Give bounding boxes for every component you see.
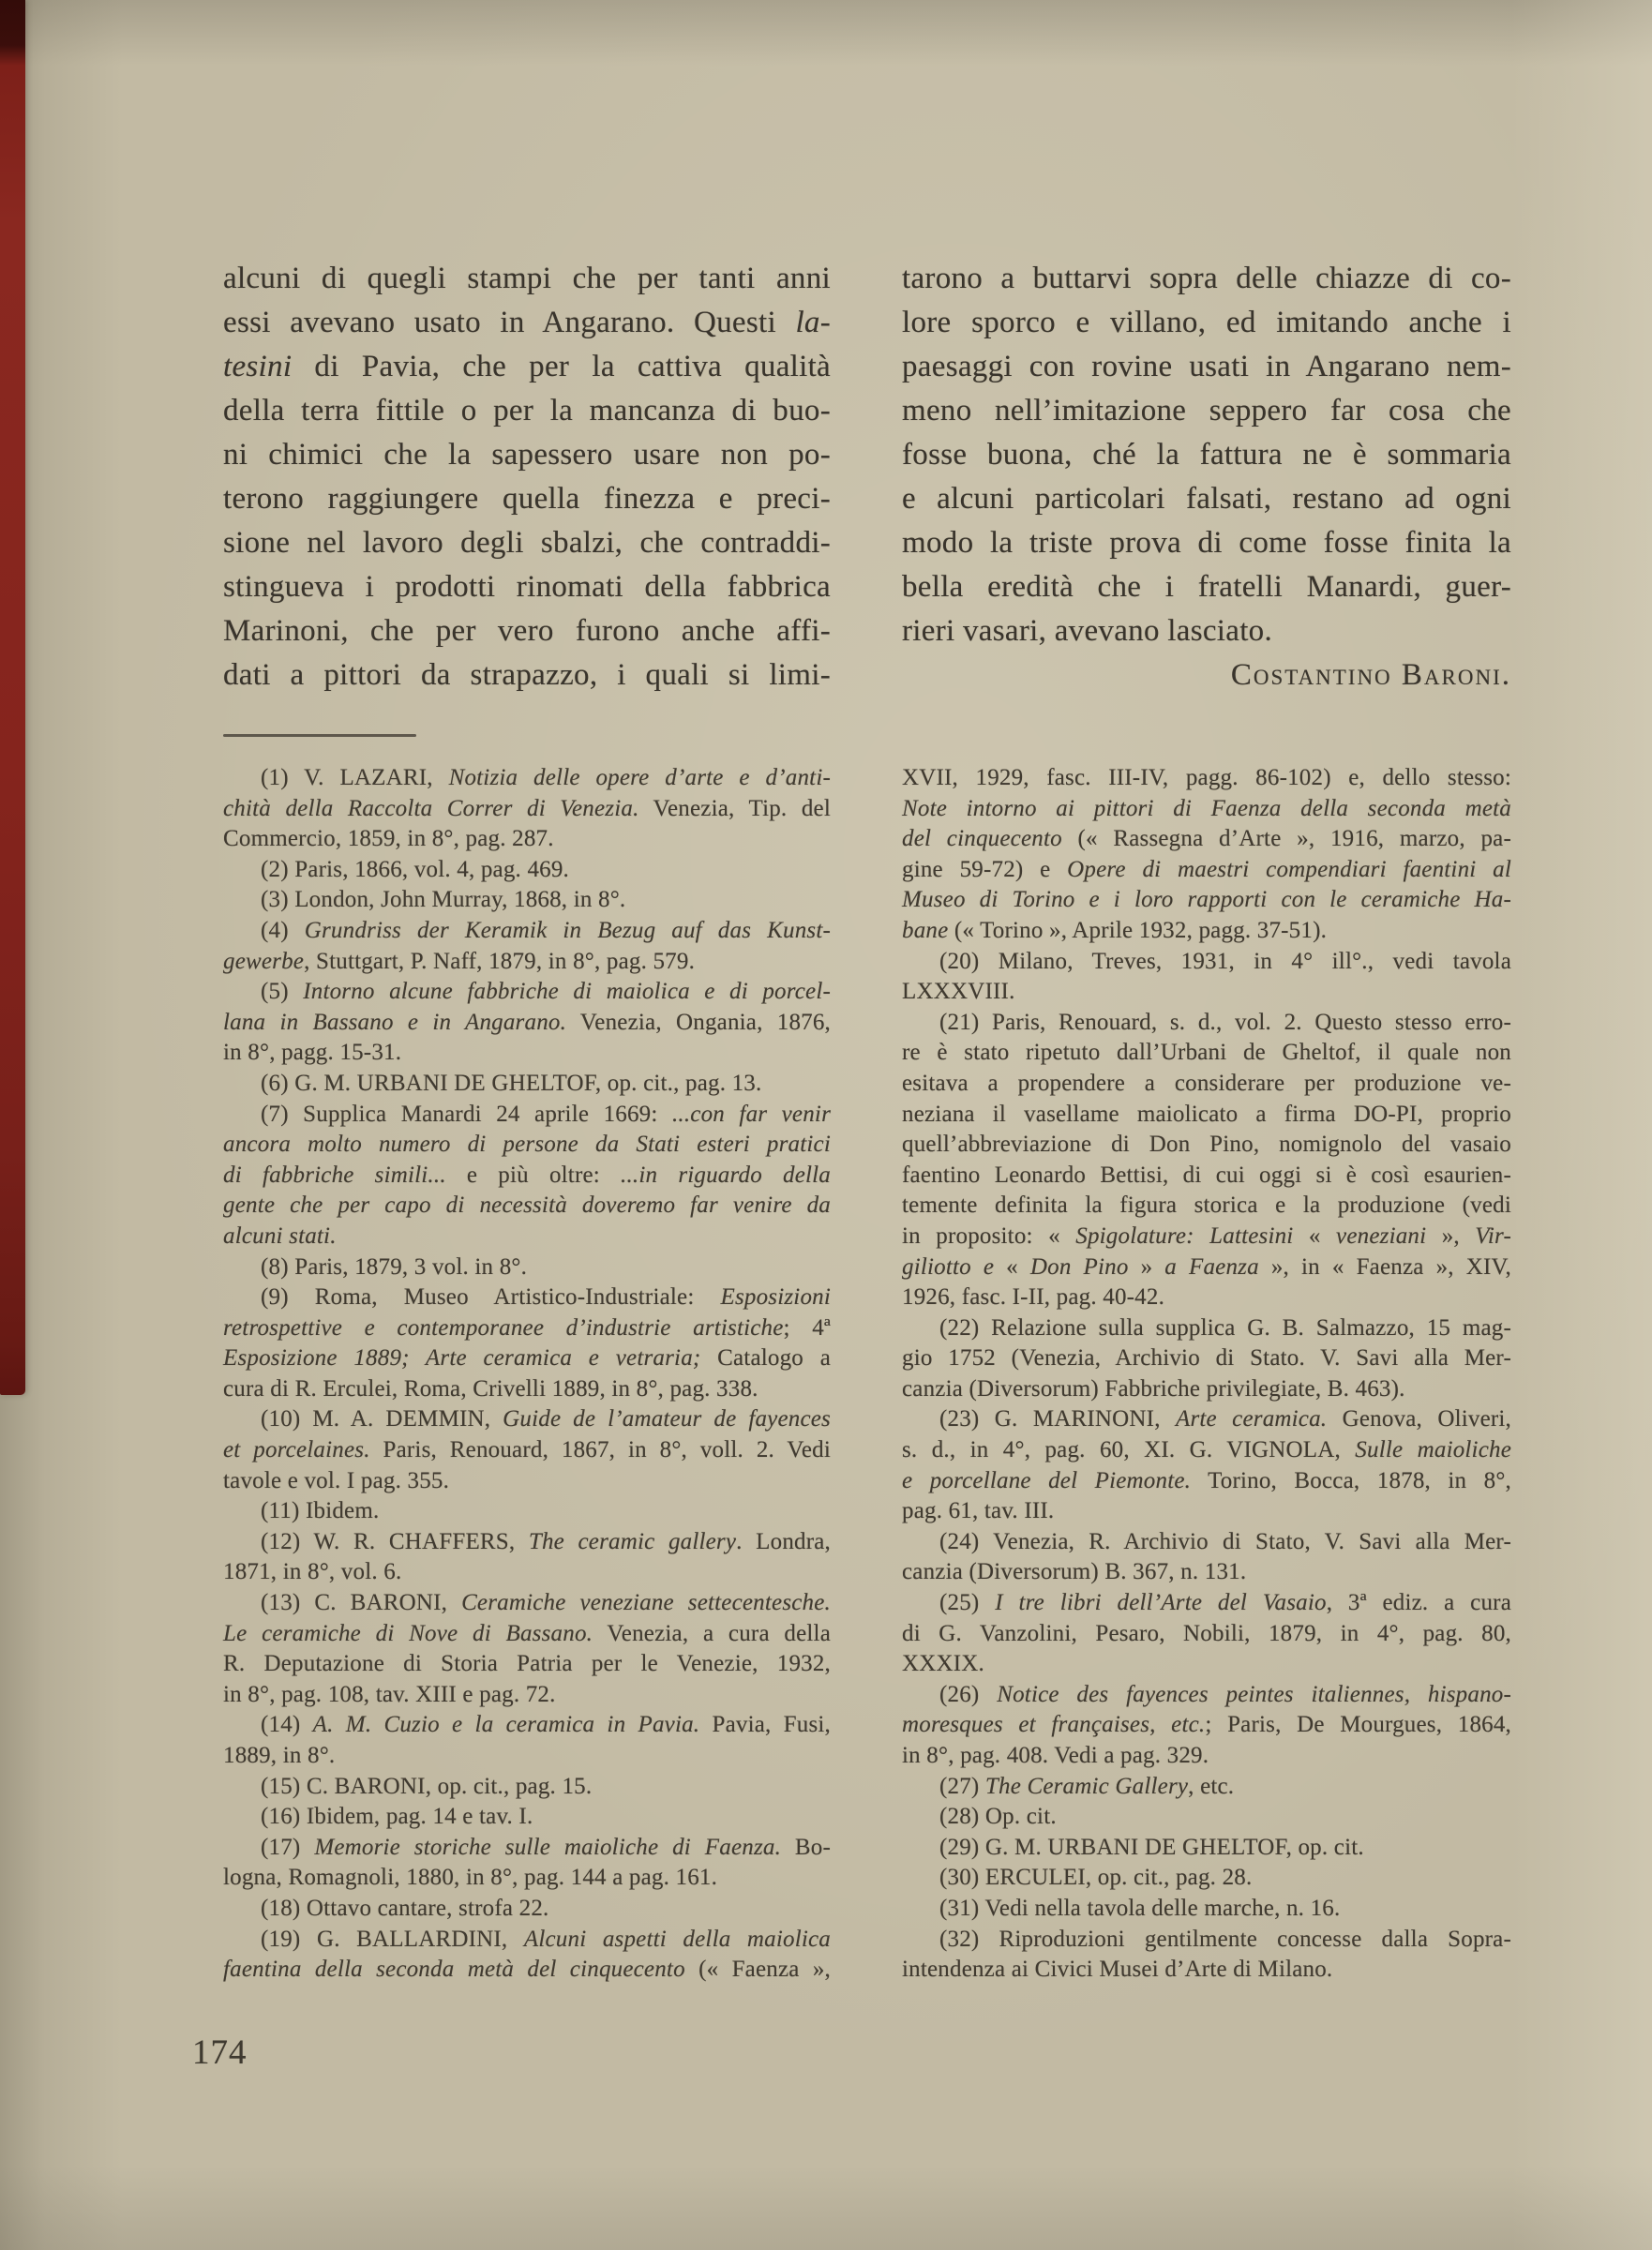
text-line: (23) G. MARINONI, Arte ceramica. Genova,… <box>902 1404 1511 1435</box>
body-text: (8) Paris, 1879, 3 vol. in 8°. <box>261 1254 527 1280</box>
text-line: intendenza ai Civici Musei d’Arte di Mil… <box>902 1955 1511 1986</box>
italic-text: Note intorno ai pittori di Faenza della … <box>902 796 1511 821</box>
text-line: modo la triste prova di come fosse finit… <box>902 521 1511 565</box>
body-text: », in « Faenza », XIV, <box>1259 1254 1511 1280</box>
body-text: (22) Relazione sulla supplica G. B. Salm… <box>939 1315 1511 1341</box>
body-text: in 8°, pagg. 15-31. <box>223 1040 401 1065</box>
italic-text: veneziani <box>1336 1223 1426 1249</box>
text-line: (28) Op. cit. <box>902 1802 1511 1833</box>
italic-text: lana in Bassano e in Angarano. <box>223 1010 566 1035</box>
body-text: (13) C. BARONI, <box>261 1590 461 1615</box>
body-text: meno nell’imitazione seppero far cosa ch… <box>902 394 1511 427</box>
text-line: (6) G. M. URBANI DE GHELTOF, op. cit., p… <box>223 1069 831 1100</box>
text-line: (10) M. A. DEMMIN, Guide de l’amateur de… <box>223 1404 831 1435</box>
text-line: (15) C. BARONI, op. cit., pag. 15. <box>223 1772 831 1803</box>
body-text: (24) Venezia, R. Archivio di Stato, V. S… <box>939 1529 1511 1554</box>
text-line: sione nel lavoro degli sbalzi, che contr… <box>223 521 831 565</box>
text-line: (19) G. BALLARDINI, Alcuni aspetti della… <box>223 1925 831 1956</box>
italic-text: retrospettive e contemporanee d’industri… <box>223 1315 784 1341</box>
italic-text: alcuni stati. <box>223 1223 337 1249</box>
text-line: meno nell’imitazione seppero far cosa ch… <box>902 389 1511 433</box>
body-text: alcuni di quegli stampi che per tanti an… <box>223 262 831 295</box>
body-text: neziana il vasellame maiolicato a firma … <box>902 1102 1511 1127</box>
text-line: del cinquecento (« Rassegna d’Arte », 19… <box>902 824 1511 855</box>
text-line: re è stato ripetuto dall’Urbani de Ghelt… <box>902 1038 1511 1069</box>
text-line: (26) Notice des fayences peintes italien… <box>902 1680 1511 1711</box>
body-text: rieri vasari, avevano lasciato. <box>902 614 1272 648</box>
body-text: di G. Vanzolini, Pesaro, Nobili, 1879, i… <box>902 1621 1511 1646</box>
text-line: della terra fittile o per la mancanza di… <box>223 389 831 433</box>
italic-text: Notice des fayences peintes italiennes, … <box>997 1682 1511 1707</box>
body-text: (14) <box>261 1712 313 1737</box>
body-text: re è stato ripetuto dall’Urbani de Ghelt… <box>902 1040 1511 1065</box>
italic-text: Spigolature: Lattesini <box>1075 1223 1293 1249</box>
italic-text: Esposizione 1889; Arte ceramica e vetrar… <box>223 1345 700 1371</box>
text-line: Esposizione 1889; Arte ceramica e vetrar… <box>223 1343 831 1374</box>
article-column-left: alcuni di quegli stampi che per tanti an… <box>223 257 831 697</box>
body-text: ; Paris, De Mourgues, 1864, <box>1205 1712 1511 1737</box>
italic-text: moresques et françaises, etc. <box>902 1712 1205 1737</box>
text-line: Costantino Baroni. <box>902 653 1511 697</box>
text-line: logna, Romagnoli, 1880, in 8°, pag. 144 … <box>223 1863 831 1894</box>
text-line: (17) Memorie storiche sulle maioliche di… <box>223 1833 831 1864</box>
body-text: , etc. <box>1188 1774 1234 1799</box>
text-line: 1889, in 8°. <box>223 1741 831 1772</box>
text-line: dati a pittori da strapazzo, i quali si … <box>223 653 831 697</box>
text-line: (27) The Ceramic Gallery, etc. <box>902 1772 1511 1803</box>
text-line: ni chimici che la sapessero usare non po… <box>223 433 831 477</box>
body-text: . Londra, <box>736 1529 831 1554</box>
text-line: retrospettive e contemporanee d’industri… <box>223 1313 831 1344</box>
text-line: canzia (Diversorum) Fabbriche privilegia… <box>902 1374 1511 1405</box>
italic-text: ...in riguardo della <box>621 1162 831 1188</box>
text-line: tarono a buttarvi sopra delle chiazze di… <box>902 257 1511 301</box>
body-text: XVII, 1929, fasc. III-IV, pagg. 86-102) … <box>902 765 1511 790</box>
text-line: 1871, in 8°, vol. 6. <box>223 1557 831 1588</box>
text-line: (25) I tre libri dell’Arte del Vasaio, 3… <box>902 1588 1511 1619</box>
text-line: e porcellane del Piemonte. Torino, Bocca… <box>902 1466 1511 1497</box>
text-line: (16) Ibidem, pag. 14 e tav. I. <box>223 1802 831 1833</box>
text-line: terono raggiungere quella finezza e prec… <box>223 477 831 521</box>
body-text: (23) G. MARINONI, <box>939 1406 1176 1432</box>
text-line: tesini di Pavia, che per la cattiva qual… <box>223 345 831 389</box>
body-text: bella eredità che i fratelli Manardi, gu… <box>902 570 1511 604</box>
text-line: (2) Paris, 1866, vol. 4, pag. 469. <box>223 855 831 886</box>
book-page-scan: alcuni di quegli stampi che per tanti an… <box>0 0 1652 2250</box>
body-text: s. d., in 4°, pag. 60, XI. G. VIGNOLA, <box>902 1437 1355 1462</box>
body-text: e più oltre: <box>446 1162 621 1188</box>
body-text: », <box>1426 1223 1475 1249</box>
body-text: (« Faenza », <box>685 1957 831 1982</box>
body-text: gio 1752 (Venezia, Archivio di Stato. V.… <box>902 1345 1511 1371</box>
body-text: Genova, Oliveri, <box>1327 1406 1511 1432</box>
italic-text: ...con far venir <box>672 1102 831 1127</box>
text-line: Note intorno ai pittori di Faenza della … <box>902 794 1511 825</box>
body-text: (2) Paris, 1866, vol. 4, pag. 469. <box>261 857 569 882</box>
text-line: in 8°, pag. 108, tav. XIII e pag. 72. <box>223 1680 831 1711</box>
body-text: 1889, in 8°. <box>223 1743 335 1768</box>
body-text: (16) Ibidem, pag. 14 e tav. I. <box>261 1804 533 1829</box>
body-text: stingueva i prodotti rinomati della fabb… <box>223 570 831 604</box>
italic-text: Le ceramiche di Nove di Bassano. <box>223 1621 593 1646</box>
italic-text: Vir- <box>1475 1223 1511 1249</box>
italic-text: Esposizioni <box>721 1284 832 1310</box>
text-line: (21) Paris, Renouard, s. d., vol. 2. Que… <box>902 1008 1511 1039</box>
text-line: chità della Raccolta Correr di Venezia. … <box>223 794 831 825</box>
body-text: (6) G. M. URBANI DE GHELTOF, op. cit., p… <box>261 1071 761 1096</box>
text-line: lana in Bassano e in Angarano. Venezia, … <box>223 1008 831 1039</box>
text-line: (5) Intorno alcune fabbriche di maiolica… <box>223 977 831 1008</box>
text-line: 1926, fasc. I-II, pag. 40-42. <box>902 1282 1511 1313</box>
body-text: (15) C. BARONI, op. cit., pag. 15. <box>261 1774 592 1799</box>
text-line: (20) Milano, Treves, 1931, in 4° ill°., … <box>902 947 1511 978</box>
body-text: canzia (Diversorum) B. 367, n. 131. <box>902 1559 1246 1584</box>
body-text: Paris, Renouard, 1867, in 8°, voll. 2. V… <box>370 1437 831 1462</box>
body-text: e alcuni particolari falsati, restano ad… <box>902 482 1511 516</box>
body-text: tarono a buttarvi sopra delle chiazze di… <box>902 262 1511 295</box>
italic-text: chità della Raccolta Correr di Venezia. <box>223 796 639 821</box>
text-line: essi avevano usato in Angarano. Questi l… <box>223 301 831 345</box>
text-line: lore sporco e villano, ed imitando anche… <box>902 301 1511 345</box>
body-text: (30) ERCULEI, op. cit., pag. 28. <box>939 1865 1252 1890</box>
text-line: faentino Leonardo Bettisi, di cui oggi s… <box>902 1161 1511 1192</box>
italic-text: Intorno alcune fabbriche di maiolica e d… <box>303 979 831 1004</box>
italic-text: I tre libri dell’Arte del Vasaio <box>995 1590 1327 1615</box>
italic-text: ancora molto numero di persone da Stati … <box>223 1132 831 1157</box>
italic-text: gente che per capo di necessità doveremo… <box>223 1192 831 1218</box>
text-line: (1) V. LAZARI, Notizia delle opere d’art… <box>223 763 831 794</box>
article-column-right: tarono a buttarvi sopra delle chiazze di… <box>902 257 1511 697</box>
body-text: esitava a propendere a considerare per p… <box>902 1071 1511 1096</box>
body-text: (26) <box>939 1682 997 1707</box>
body-text: in proposito: « <box>902 1223 1075 1249</box>
body-text: (17) <box>261 1835 314 1860</box>
text-line: Museo di Torino e i loro rapporti con le… <box>902 885 1511 916</box>
text-line: quell’abbreviazione di Don Pino, nomigno… <box>902 1130 1511 1161</box>
text-line: in 8°, pagg. 15-31. <box>223 1038 831 1069</box>
text-line: rieri vasari, avevano lasciato. <box>902 609 1511 653</box>
text-line: (12) W. R. CHAFFERS, The ceramic gallery… <box>223 1527 831 1558</box>
body-text: della terra fittile o per la mancanza di… <box>223 394 831 427</box>
italic-text: et porcelaines. <box>223 1437 370 1462</box>
text-line: (3) London, John Murray, 1868, in 8°. <box>223 885 831 916</box>
text-line: gewerbe, Stuttgart, P. Naff, 1879, in 8°… <box>223 947 831 978</box>
body-text: (12) W. R. CHAFFERS, <box>261 1529 529 1554</box>
text-line: (30) ERCULEI, op. cit., pag. 28. <box>902 1863 1511 1894</box>
text-line: gio 1752 (Venezia, Archivio di Stato. V.… <box>902 1343 1511 1374</box>
body-text: dati a pittori da strapazzo, i quali si … <box>223 658 831 692</box>
body-text: canzia (Diversorum) Fabbriche privilegia… <box>902 1376 1405 1402</box>
body-text: 1871, in 8°, vol. 6. <box>223 1559 401 1584</box>
text-line: esitava a propendere a considerare per p… <box>902 1069 1511 1100</box>
body-text: fosse buona, ché la fattura ne è sommari… <box>902 438 1511 472</box>
text-line: bane (« Torino », Aprile 1932, pagg. 37-… <box>902 916 1511 947</box>
body-text: LXXXVIII. <box>902 979 1015 1004</box>
text-line: gine 59-72) e Opere di maestri compendia… <box>902 855 1511 886</box>
footnotes-column-left: (1) V. LAZARI, Notizia delle opere d’art… <box>223 763 831 1986</box>
body-text: 1926, fasc. I-II, pag. 40-42. <box>902 1284 1164 1310</box>
italic-text: Sulle maioliche <box>1355 1437 1511 1462</box>
author-signature: Costantino Baroni. <box>1231 658 1511 692</box>
italic-text: a Faenza <box>1164 1254 1259 1280</box>
text-line: e alcuni particolari falsati, restano ad… <box>902 477 1511 521</box>
body-text: (3) London, John Murray, 1868, in 8°. <box>261 887 625 912</box>
text-line: bella eredità che i fratelli Manardi, gu… <box>902 565 1511 609</box>
text-line: temente definita la figura storica e la … <box>902 1191 1511 1222</box>
body-text: Pavia, Fusi, <box>699 1712 831 1737</box>
text-line: (24) Venezia, R. Archivio di Stato, V. S… <box>902 1527 1511 1558</box>
italic-text: del cinquecento <box>902 826 1062 851</box>
text-line: (32) Riproduzioni gentilmente concesse d… <box>902 1925 1511 1956</box>
italic-text: di fabbriche simili... <box>223 1162 446 1188</box>
text-line: R. Deputazione di Storia Patria per le V… <box>223 1649 831 1680</box>
body-text: terono raggiungere quella finezza e prec… <box>223 482 831 516</box>
italic-text: Ceramiche veneziane settecentesche. <box>461 1590 831 1615</box>
body-text: (27) <box>939 1774 985 1799</box>
text-line: Commercio, 1859, in 8°, pag. 287. <box>223 824 831 855</box>
text-line: moresques et françaises, etc.; Paris, De… <box>902 1710 1511 1741</box>
body-text: (4) <box>261 918 305 943</box>
text-line: pag. 61, tav. III. <box>902 1496 1511 1527</box>
text-line: XXXIX. <box>902 1649 1511 1680</box>
body-text: (31) Vedi nella tavola delle marche, n. … <box>939 1896 1340 1921</box>
body-text: (1) V. LAZARI, <box>261 765 449 790</box>
italic-text: Guide de l’amateur de fayences <box>503 1406 831 1432</box>
body-text: (25) <box>939 1590 995 1615</box>
text-line: neziana il vasellame maiolicato a firma … <box>902 1100 1511 1131</box>
body-text: essi avevano usato in Angarano. Questi <box>223 306 795 339</box>
text-line: XVII, 1929, fasc. III-IV, pagg. 86-102) … <box>902 763 1511 794</box>
text-line: ancora molto numero di persone da Stati … <box>223 1130 831 1161</box>
text-line: (8) Paris, 1879, 3 vol. in 8°. <box>223 1252 831 1283</box>
text-line: LXXXVIII. <box>902 977 1511 1008</box>
body-text: (9) Roma, Museo Artistico-Industriale: <box>261 1284 721 1310</box>
body-text: sione nel lavoro degli sbalzi, che contr… <box>223 526 831 560</box>
footnotes-column-right: XVII, 1929, fasc. III-IV, pagg. 86-102) … <box>902 763 1511 1986</box>
text-line: (9) Roma, Museo Artistico-Industriale: E… <box>223 1282 831 1313</box>
text-line: fosse buona, ché la fattura ne è sommari… <box>902 433 1511 477</box>
body-text: Commercio, 1859, in 8°, pag. 287. <box>223 826 554 851</box>
italic-text: giliotto e <box>902 1254 994 1280</box>
text-line: Le ceramiche di Nove di Bassano. Venezia… <box>223 1619 831 1650</box>
body-text: paesaggi con rovine usati in Angarano ne… <box>902 350 1511 383</box>
text-line: (4) Grundriss der Keramik in Bezug auf d… <box>223 916 831 947</box>
text-line: (14) A. M. Cuzio e la ceramica in Pavia.… <box>223 1710 831 1741</box>
italic-text: Arte ceramica. <box>1176 1406 1327 1432</box>
text-line: s. d., in 4°, pag. 60, XI. G. VIGNOLA, S… <box>902 1435 1511 1466</box>
italic-text: The ceramic gallery <box>529 1529 736 1554</box>
book-edge-strip <box>0 0 25 1395</box>
body-text: Marinoni, che per vero furono anche affi… <box>223 614 831 648</box>
body-text: intendenza ai Civici Musei d’Arte di Mil… <box>902 1957 1332 1982</box>
page-number: 174 <box>192 2032 248 2073</box>
text-line: et porcelaines. Paris, Renouard, 1867, i… <box>223 1435 831 1466</box>
body-text: in 8°, pag. 108, tav. XIII e pag. 72. <box>223 1682 556 1707</box>
italic-text: Grundriss der Keramik in Bezug auf das K… <box>305 918 831 943</box>
body-text: XXXIX. <box>902 1651 984 1676</box>
text-line: gente che per capo di necessità doveremo… <box>223 1191 831 1222</box>
body-text: Venezia, Tip. del <box>639 796 831 821</box>
body-text: « <box>1293 1223 1336 1249</box>
text-line: tavole e vol. I pag. 355. <box>223 1466 831 1497</box>
body-text: ; 4ª <box>784 1315 831 1341</box>
text-line: (18) Ottavo cantare, strofa 22. <box>223 1894 831 1925</box>
body-text: Torino, Bocca, 1878, in 8°, <box>1191 1468 1511 1493</box>
body-text: (21) Paris, Renouard, s. d., vol. 2. Que… <box>939 1010 1511 1035</box>
text-line: alcuni stati. <box>223 1222 831 1252</box>
scanned-book-page: { "theme": { "paper": "#c2baa3", "ink": … <box>0 0 1652 2250</box>
text-line: in 8°, pag. 408. Vedi a pag. 329. <box>902 1741 1511 1772</box>
body-text: , Stuttgart, P. Naff, 1879, in 8°, pag. … <box>304 949 695 974</box>
body-text: Bo- <box>781 1835 831 1860</box>
body-text: pag. 61, tav. III. <box>902 1498 1054 1523</box>
italic-text: Opere di maestri compendiari faentini al <box>1067 857 1511 882</box>
text-line: cura di R. Erculei, Roma, Crivelli 1889,… <box>223 1374 831 1405</box>
body-text: , 3ª ediz. a cura <box>1327 1590 1511 1615</box>
italic-text: e porcellane del Piemonte. <box>902 1468 1191 1493</box>
body-text: R. Deputazione di Storia Patria per le V… <box>223 1651 831 1676</box>
body-text: ni chimici che la sapessero usare non po… <box>223 438 831 472</box>
body-text: in 8°, pag. 408. Vedi a pag. 329. <box>902 1743 1209 1768</box>
italic-text: la- <box>795 306 831 339</box>
body-text: (« Torino », Aprile 1932, pagg. 37-51). <box>948 918 1327 943</box>
body-text: cura di R. Erculei, Roma, Crivelli 1889,… <box>223 1376 758 1402</box>
body-text: » <box>1129 1254 1165 1280</box>
body-text: gine 59-72) e <box>902 857 1067 882</box>
text-line: canzia (Diversorum) B. 367, n. 131. <box>902 1557 1511 1588</box>
body-text: Venezia, Ongania, 1876, <box>566 1010 831 1035</box>
body-text: tavole e vol. I pag. 355. <box>223 1468 449 1493</box>
italic-text: Alcuni aspetti della maiolica <box>524 1927 831 1952</box>
italic-text: bane <box>902 918 948 943</box>
text-line: (7) Supplica Manardi 24 aprile 1669: ...… <box>223 1100 831 1131</box>
body-text: (5) <box>261 979 303 1004</box>
body-text: (32) Riproduzioni gentilmente concesse d… <box>939 1927 1511 1952</box>
text-line: di fabbriche simili... e più oltre: ...i… <box>223 1161 831 1192</box>
text-line: in proposito: « Spigolature: Lattesini «… <box>902 1222 1511 1252</box>
text-line: di G. Vanzolini, Pesaro, Nobili, 1879, i… <box>902 1619 1511 1650</box>
body-text: (19) G. BALLARDINI, <box>261 1927 524 1952</box>
body-text: di Pavia, che per la cattiva qualità <box>292 350 831 383</box>
text-line: faentina della seconda metà del cinquece… <box>223 1955 831 1986</box>
text-line: (11) Ibidem. <box>223 1496 831 1527</box>
body-text: lore sporco e villano, ed imitando anche… <box>902 306 1511 339</box>
footnote-divider-rule <box>223 734 416 737</box>
text-line: paesaggi con rovine usati in Angarano ne… <box>902 345 1511 389</box>
body-text: (« Rassegna d’Arte », 1916, marzo, pa- <box>1062 826 1511 851</box>
italic-text: faentina della seconda metà del cinquece… <box>223 1957 685 1982</box>
italic-text: A. M. Cuzio e la ceramica in Pavia. <box>313 1712 700 1737</box>
text-line: (22) Relazione sulla supplica G. B. Salm… <box>902 1313 1511 1344</box>
italic-text: Memorie storiche sulle maioliche di Faen… <box>314 1835 781 1860</box>
body-text: (28) Op. cit. <box>939 1804 1057 1829</box>
body-text: modo la triste prova di come fosse finit… <box>902 526 1511 560</box>
body-text: faentino Leonardo Bettisi, di cui oggi s… <box>902 1162 1511 1188</box>
text-line: stingueva i prodotti rinomati della fabb… <box>223 565 831 609</box>
body-text: (29) G. M. URBANI DE GHELTOF, op. cit. <box>939 1835 1364 1860</box>
body-text: (7) Supplica Manardi 24 aprile 1669: <box>261 1102 672 1127</box>
text-line: (13) C. BARONI, Ceramiche veneziane sett… <box>223 1588 831 1619</box>
text-line: alcuni di quegli stampi che per tanti an… <box>223 257 831 301</box>
italic-text: Notizia delle opere d’arte e d’anti- <box>449 765 831 790</box>
text-line: giliotto e « Don Pino » a Faenza », in «… <box>902 1252 1511 1283</box>
body-text: (20) Milano, Treves, 1931, in 4° ill°., … <box>939 949 1511 974</box>
body-text: « <box>994 1254 1030 1280</box>
body-text: Catalogo a <box>700 1345 831 1371</box>
body-text: (18) Ottavo cantare, strofa 22. <box>261 1896 548 1921</box>
italic-text: tesini <box>223 350 292 383</box>
body-text: (11) Ibidem. <box>261 1498 379 1523</box>
italic-text: gewerbe <box>223 949 304 974</box>
body-text: (10) M. A. DEMMIN, <box>261 1406 503 1432</box>
text-line: Marinoni, che per vero furono anche affi… <box>223 609 831 653</box>
italic-text: The Ceramic Gallery <box>985 1774 1188 1799</box>
body-text: Venezia, a cura della <box>593 1621 831 1646</box>
text-line: (29) G. M. URBANI DE GHELTOF, op. cit. <box>902 1833 1511 1864</box>
body-text: logna, Romagnoli, 1880, in 8°, pag. 144 … <box>223 1865 717 1890</box>
italic-text: Don Pino <box>1030 1254 1129 1280</box>
body-text: temente definita la figura storica e la … <box>902 1192 1511 1218</box>
italic-text: Museo di Torino e i loro rapporti con le… <box>902 887 1511 912</box>
body-text: quell’abbreviazione di Don Pino, nomigno… <box>902 1132 1511 1157</box>
text-line: (31) Vedi nella tavola delle marche, n. … <box>902 1894 1511 1925</box>
